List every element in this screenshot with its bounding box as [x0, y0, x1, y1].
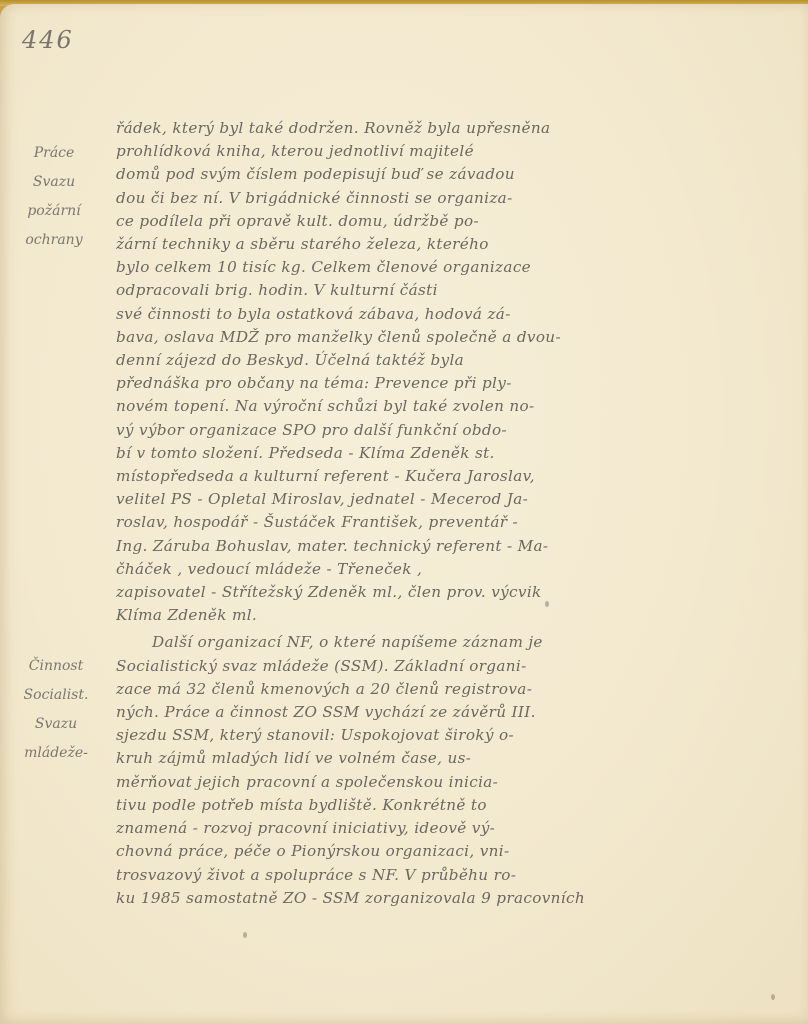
text-line: čháček , vedoucí mládeže - Třeneček ,: [116, 558, 716, 581]
text-line: řádek, který byl také dodržen. Rovněž by…: [116, 117, 716, 140]
paper-speck: [545, 601, 549, 607]
margin-note-line: ochrany: [14, 226, 94, 255]
text-line: bava, oslava MDŽ pro manželky členů spol…: [116, 326, 716, 349]
margin-note-line: mládeže-: [10, 739, 102, 768]
text-line: trosvazový život a spolupráce s NF. V pr…: [116, 864, 716, 887]
text-line: přednáška pro občany na téma: Prevence p…: [116, 372, 716, 395]
text-line: bí v tomto složení. Předseda - Klíma Zde…: [116, 442, 716, 465]
text-line: chovná práce, péče o Pionýrskou organiza…: [116, 840, 716, 863]
margin-note-line: Svazu: [14, 168, 94, 197]
paper-speck: [243, 932, 247, 938]
chronicle-page: 446 Práce Svazu požární ochrany Činnost …: [0, 4, 808, 1024]
page-number: 446: [22, 26, 74, 54]
text-line: novém topení. Na výroční schůzi byl také…: [116, 395, 716, 418]
text-line: roslav, hospodář - Šustáček František, p…: [116, 511, 716, 534]
text-line: Ing. Záruba Bohuslav, mater. technický r…: [116, 535, 716, 558]
text-line: měrňovat jejich pracovní a společenskou …: [116, 771, 716, 794]
margin-note-line: Činnost: [10, 652, 102, 681]
text-line: ce podílela při opravě kult. domu, údržb…: [116, 210, 716, 233]
text-line: žární techniky a sběru starého železa, k…: [116, 233, 716, 256]
paper-speck: [771, 994, 775, 1000]
margin-note-line: Socialist.: [10, 681, 102, 710]
text-line: Klíma Zdeněk ml.: [116, 604, 716, 627]
text-line: prohlídková kniha, kterou jednotliví maj…: [116, 140, 716, 163]
text-line: vý výbor organizace SPO pro další funkčn…: [116, 419, 716, 442]
text-line: místopředseda a kulturní referent - Kuče…: [116, 465, 716, 488]
margin-note-line: Práce: [14, 139, 94, 168]
text-line: sjezdu SSM, který stanovil: Uspokojovat …: [116, 724, 716, 747]
margin-note-line: požární: [14, 197, 94, 226]
text-line: Socialistický svaz mládeže (SSM). Základ…: [116, 655, 716, 678]
text-line: zace má 32 členů kmenových a 20 členů re…: [116, 678, 716, 701]
text-line: zapisovatel - Střítežský Zdeněk ml., čle…: [116, 581, 716, 604]
section-fire-protection: řádek, který byl také dodržen. Rovněž by…: [116, 117, 716, 627]
text-line: dou či bez ní. V brigádnické činnosti se…: [116, 187, 716, 210]
text-line: ných. Práce a činnost ZO SSM vychází ze …: [116, 701, 716, 724]
text-line: Další organizací NF, o které napíšeme zá…: [116, 631, 716, 654]
text-line: své činnosti to byla ostatková zábava, h…: [116, 303, 716, 326]
margin-note-fire-protection: Práce Svazu požární ochrany: [14, 139, 94, 255]
text-line: velitel PS - Opletal Miroslav, jednatel …: [116, 488, 716, 511]
text-line: bylo celkem 10 tisíc kg. Celkem členové …: [116, 256, 716, 279]
text-line: znamená - rozvoj pracovní iniciativy, id…: [116, 817, 716, 840]
text-line: kruh zájmů mladých lidí ve volném čase, …: [116, 747, 716, 770]
text-line: tivu podle potřeb místa bydliště. Konkré…: [116, 794, 716, 817]
text-line: odpracovali brig. hodin. V kulturní část…: [116, 279, 716, 302]
margin-note-youth-union: Činnost Socialist. Svazu mládeže-: [10, 652, 102, 768]
text-line: denní zájezd do Beskyd. Účelná taktéž by…: [116, 349, 716, 372]
margin-note-line: Svazu: [10, 710, 102, 739]
handwritten-body: řádek, který byl také dodržen. Rovněž by…: [116, 117, 716, 910]
section-youth-union: Další organizací NF, o které napíšeme zá…: [116, 631, 716, 909]
text-line: ku 1985 samostatně ZO - SSM zorganizoval…: [116, 887, 716, 910]
text-line: domů pod svým číslem podepisují buď se z…: [116, 163, 716, 186]
